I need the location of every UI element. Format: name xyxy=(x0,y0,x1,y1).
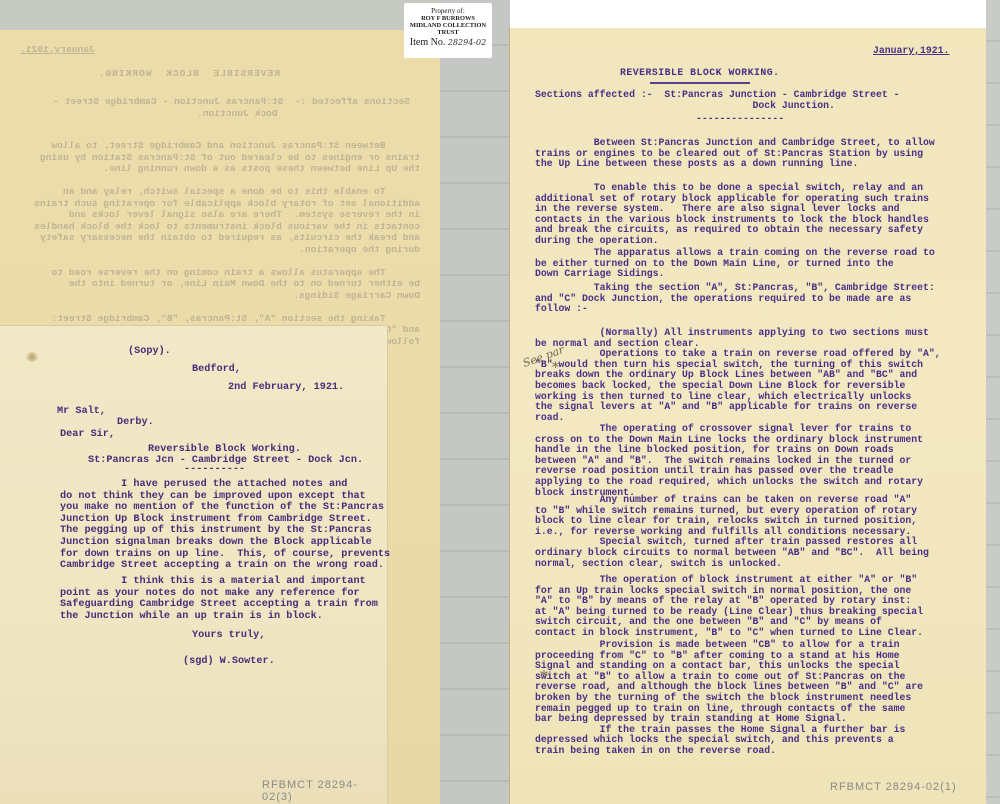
paragraph-3: The apparatus allows a train coming on t… xyxy=(535,248,975,280)
ghost-body: Between St:Pancras Junction and Cambridg… xyxy=(34,140,420,347)
paragraph-2: To enable this to be done a special swit… xyxy=(535,183,975,247)
label-item-prefix: Item No. xyxy=(410,37,446,48)
ghost-title: REVERSIBLE BLOCK WORKING. xyxy=(98,68,280,80)
label-trust: TRUST xyxy=(404,29,492,36)
letter-place: Bedford, xyxy=(192,364,241,376)
label-property-of: Property of: xyxy=(404,7,492,15)
label-collection: MIDLAND COLLECTION xyxy=(404,22,492,29)
letter-subject-rule: ---------- xyxy=(184,464,245,476)
letter-reference: RFBMCT 28294-02(3) xyxy=(262,780,387,803)
letter-addressee: Mr Salt, xyxy=(57,406,106,418)
letter-subject-1: Reversible Block Working. xyxy=(148,444,301,456)
stain-mark xyxy=(26,352,38,362)
letter-heading: (Sopy). xyxy=(128,346,171,358)
sections-affected: Sections affected :- St:Pancras Junction… xyxy=(535,90,900,111)
asterisk-mark-2: * xyxy=(540,667,548,686)
paragraph-5: (Normally) All instruments applying to t… xyxy=(535,328,975,423)
letter-signature: (sgd) W.Sowter. xyxy=(183,656,275,668)
label-item-value: 28294-02 xyxy=(448,38,486,47)
asterisk-mark: * xyxy=(552,360,559,376)
background-white-margin xyxy=(500,0,1000,28)
paragraph-4: Taking the section "A", St:Pancras, "B",… xyxy=(535,283,975,315)
document-reference: RFBMCT 28294-02(1) xyxy=(830,782,957,793)
paragraph-7: Any number of trains can be taken on rev… xyxy=(535,495,975,569)
paragraph-8: The operation of block instrument at eit… xyxy=(535,575,975,639)
background-ruled-strip xyxy=(440,0,510,804)
label-owner: ROY F BURROWS xyxy=(404,15,492,22)
letter-date: 2nd February, 1921. xyxy=(228,382,344,394)
section-divider: --------------- xyxy=(696,114,784,125)
paragraph-1: Between St:Pancras Junction and Cambridg… xyxy=(535,138,975,170)
collection-label: Property of: ROY F BURROWS MIDLAND COLLE… xyxy=(404,3,492,58)
ghost-sections: Sections affected :- St:Pancras Junction… xyxy=(53,96,410,119)
letter-addressee-place: Derby. xyxy=(117,417,154,429)
copy-letter: (Sopy). Bedford, 2nd February, 1921. Mr … xyxy=(0,326,387,804)
mirrored-text: January,1921. REVERSIBLE BLOCK WORKING. … xyxy=(0,30,420,330)
document-date: January,1921. xyxy=(873,46,949,57)
title-underline xyxy=(650,82,750,84)
document-title: REVERSIBLE BLOCK WORKING. xyxy=(620,68,779,79)
letter-closing: Yours truly, xyxy=(192,630,265,642)
paragraph-9: Provision is made between "CB" to allow … xyxy=(535,640,975,757)
ghost-date: January,1921. xyxy=(20,44,95,56)
main-document-page: January,1921. REVERSIBLE BLOCK WORKING. … xyxy=(510,28,986,804)
label-item-number: Item No. 28294-02 xyxy=(404,37,492,48)
background-right-edge xyxy=(986,0,1000,804)
paragraph-6: The operating of crossover signal lever … xyxy=(535,424,975,498)
letter-paragraph-2: I think this is a material and important… xyxy=(60,576,390,622)
letter-paragraph-1: I have perused the attached notes and do… xyxy=(60,479,390,572)
letter-salutation: Dear Sir, xyxy=(60,429,115,441)
